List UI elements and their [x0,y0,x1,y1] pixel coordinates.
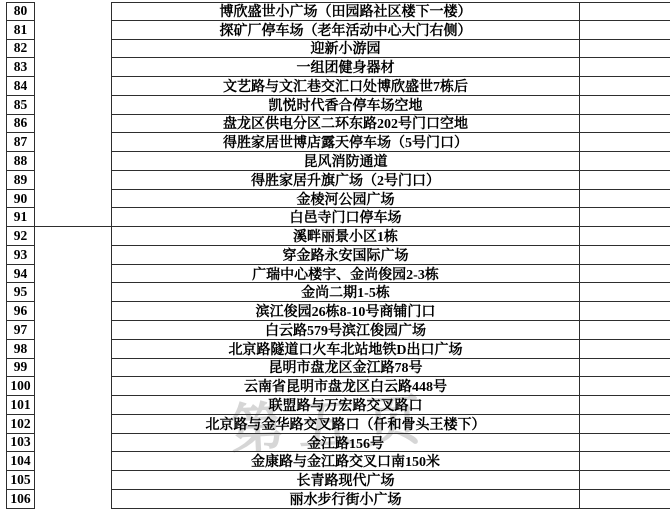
location-name-cell: 文艺路与文汇巷交汇口处博欣盛世7栋后 [112,77,580,96]
table-row: 85凯悦时代香合停车场空地 [6,96,670,115]
table-row: 84文艺路与文汇巷交汇口处博欣盛世7栋后 [6,77,670,96]
location-name-cell: 联盟路与万宏路交叉路口 [112,396,580,415]
table-row: 88昆风消防通道 [6,152,670,171]
location-name-cell: 得胜家居世博店露天停车场（5号门口） [112,133,580,152]
empty-cell [580,490,670,509]
table-row: 96滨江俊园26栋8-10号商铺门口 [6,302,670,321]
location-name-cell: 凯悦时代香合停车场空地 [112,96,580,115]
row-number-cell: 89 [6,171,35,190]
table-row: 103金江路156号 [6,434,670,453]
empty-cell [580,21,670,40]
group-cell [35,190,112,209]
group-cell [35,471,112,490]
table-row: 81探矿厂停车场（老年活动中心大门右侧） [6,21,670,40]
empty-cell [580,40,670,59]
table-row: 101联盟路与万宏路交叉路口 [6,396,670,415]
empty-cell [580,265,670,284]
table-row: 89得胜家居升旗广场（2号门口） [6,171,670,190]
table-row: 95金尚二期1-5栋 [6,283,670,302]
group-cell [35,490,112,509]
location-name-cell: 滨江俊园26栋8-10号商铺门口 [112,302,580,321]
row-number-cell: 90 [6,190,35,209]
table-row: 93穿金路永安国际广场 [6,246,670,265]
table-row: 102北京路与金华路交叉路口（仟和骨头王楼下） [6,415,670,434]
group-cell [35,171,112,190]
row-number-cell: 94 [6,265,35,284]
table-row: 91白邑寺门口停车场 [6,208,670,227]
empty-cell [580,396,670,415]
group-cell [35,21,112,40]
row-number-cell: 88 [6,152,35,171]
location-name-cell: 昆明市盘龙区金江路78号 [112,359,580,378]
row-number-cell: 104 [6,452,35,471]
table-row: 90金棱河公园广场 [6,190,670,209]
empty-cell [580,77,670,96]
group-cell [35,115,112,134]
empty-cell [580,302,670,321]
group-cell [35,265,112,284]
group-cell [35,340,112,359]
location-name-cell: 丽水步行街小广场 [112,490,580,509]
group-cell [35,208,112,227]
table-row: 80博欣盛世小广场（田园路社区楼下一楼） [6,2,670,21]
row-number-cell: 83 [6,58,35,77]
empty-cell [580,340,670,359]
location-name-cell: 云南省昆明市盘龙区白云路448号 [112,377,580,396]
row-number-cell: 103 [6,434,35,453]
group-cell [35,2,112,21]
location-name-cell: 金江路156号 [112,434,580,453]
row-number-cell: 99 [6,359,35,378]
location-name-cell: 迎新小游园 [112,40,580,59]
empty-cell [580,377,670,396]
row-number-cell: 86 [6,115,35,134]
empty-cell [580,283,670,302]
empty-cell [580,452,670,471]
table-row: 105长青路现代广场 [6,471,670,490]
table-row: 83一组团健身器材 [6,58,670,77]
row-number-cell: 82 [6,40,35,59]
empty-cell [580,246,670,265]
location-name-cell: 穿金路永安国际广场 [112,246,580,265]
row-number-cell: 98 [6,340,35,359]
empty-cell [580,115,670,134]
group-cell [35,302,112,321]
group-cell [35,58,112,77]
empty-cell [580,415,670,434]
table-row: 104金康路与金江路交叉口南150米 [6,452,670,471]
location-name-cell: 盘龙区供电分区二环东路202号门口空地 [112,115,580,134]
empty-cell [580,190,670,209]
row-number-cell: 102 [6,415,35,434]
location-name-cell: 金康路与金江路交叉口南150米 [112,452,580,471]
group-cell [35,133,112,152]
group-cell [35,415,112,434]
location-name-cell: 昆风消防通道 [112,152,580,171]
empty-cell [580,2,670,21]
location-name-cell: 北京路隧道口火车北站地铁D出口广场 [112,340,580,359]
locations-table: 80博欣盛世小广场（田园路社区楼下一楼）81探矿厂停车场（老年活动中心大门右侧）… [6,2,670,509]
location-name-cell: 广瑞中心楼宇、金尚俊园2-3栋 [112,265,580,284]
row-number-cell: 85 [6,96,35,115]
row-number-cell: 87 [6,133,35,152]
location-name-cell: 白云路579号滨江俊园广场 [112,321,580,340]
table-row: 86盘龙区供电分区二环东路202号门口空地 [6,115,670,134]
row-number-cell: 93 [6,246,35,265]
location-name-cell: 博欣盛世小广场（田园路社区楼下一楼） [112,2,580,21]
location-name-cell: 探矿厂停车场（老年活动中心大门右侧） [112,21,580,40]
row-number-cell: 97 [6,321,35,340]
location-name-cell: 长青路现代广场 [112,471,580,490]
row-number-cell: 105 [6,471,35,490]
table-row: 106丽水步行街小广场 [6,490,670,509]
empty-cell [580,152,670,171]
table-row: 99昆明市盘龙区金江路78号 [6,359,670,378]
location-name-cell: 溪畔丽景小区1栋 [112,227,580,246]
row-number-cell: 80 [6,2,35,21]
empty-cell [580,434,670,453]
row-number-cell: 95 [6,283,35,302]
location-name-cell: 得胜家居升旗广场（2号门口） [112,171,580,190]
group-cell [35,434,112,453]
row-number-cell: 92 [6,227,35,246]
table-row: 92溪畔丽景小区1栋 [6,227,670,246]
row-number-cell: 106 [6,490,35,509]
empty-cell [580,471,670,490]
group-cell [35,452,112,471]
table-row: 94广瑞中心楼宇、金尚俊园2-3栋 [6,265,670,284]
empty-cell [580,96,670,115]
group-cell [35,152,112,171]
row-number-cell: 100 [6,377,35,396]
table-row: 97白云路579号滨江俊园广场 [6,321,670,340]
group-cell [35,359,112,378]
table-row: 82迎新小游园 [6,40,670,59]
table-row: 100云南省昆明市盘龙区白云路448号 [6,377,670,396]
location-name-cell: 北京路与金华路交叉路口（仟和骨头王楼下） [112,415,580,434]
group-cell [35,396,112,415]
empty-cell [580,208,670,227]
group-cell [35,377,112,396]
empty-cell [580,171,670,190]
group-cell [35,283,112,302]
location-name-cell: 白邑寺门口停车场 [112,208,580,227]
group-cell [35,246,112,265]
empty-cell [580,58,670,77]
empty-cell [580,227,670,246]
row-number-cell: 101 [6,396,35,415]
table-row: 98北京路隧道口火车北站地铁D出口广场 [6,340,670,359]
empty-cell [580,321,670,340]
location-name-cell: 金棱河公园广场 [112,190,580,209]
location-name-cell: 金尚二期1-5栋 [112,283,580,302]
group-cell [35,96,112,115]
table-row: 87得胜家居世博店露天停车场（5号门口） [6,133,670,152]
row-number-cell: 81 [6,21,35,40]
empty-cell [580,359,670,378]
row-number-cell: 96 [6,302,35,321]
empty-cell [580,133,670,152]
location-name-cell: 一组团健身器材 [112,58,580,77]
row-number-cell: 84 [6,77,35,96]
row-number-cell: 91 [6,208,35,227]
group-cell [35,321,112,340]
group-cell [35,77,112,96]
group-cell [35,227,112,246]
group-cell [35,40,112,59]
